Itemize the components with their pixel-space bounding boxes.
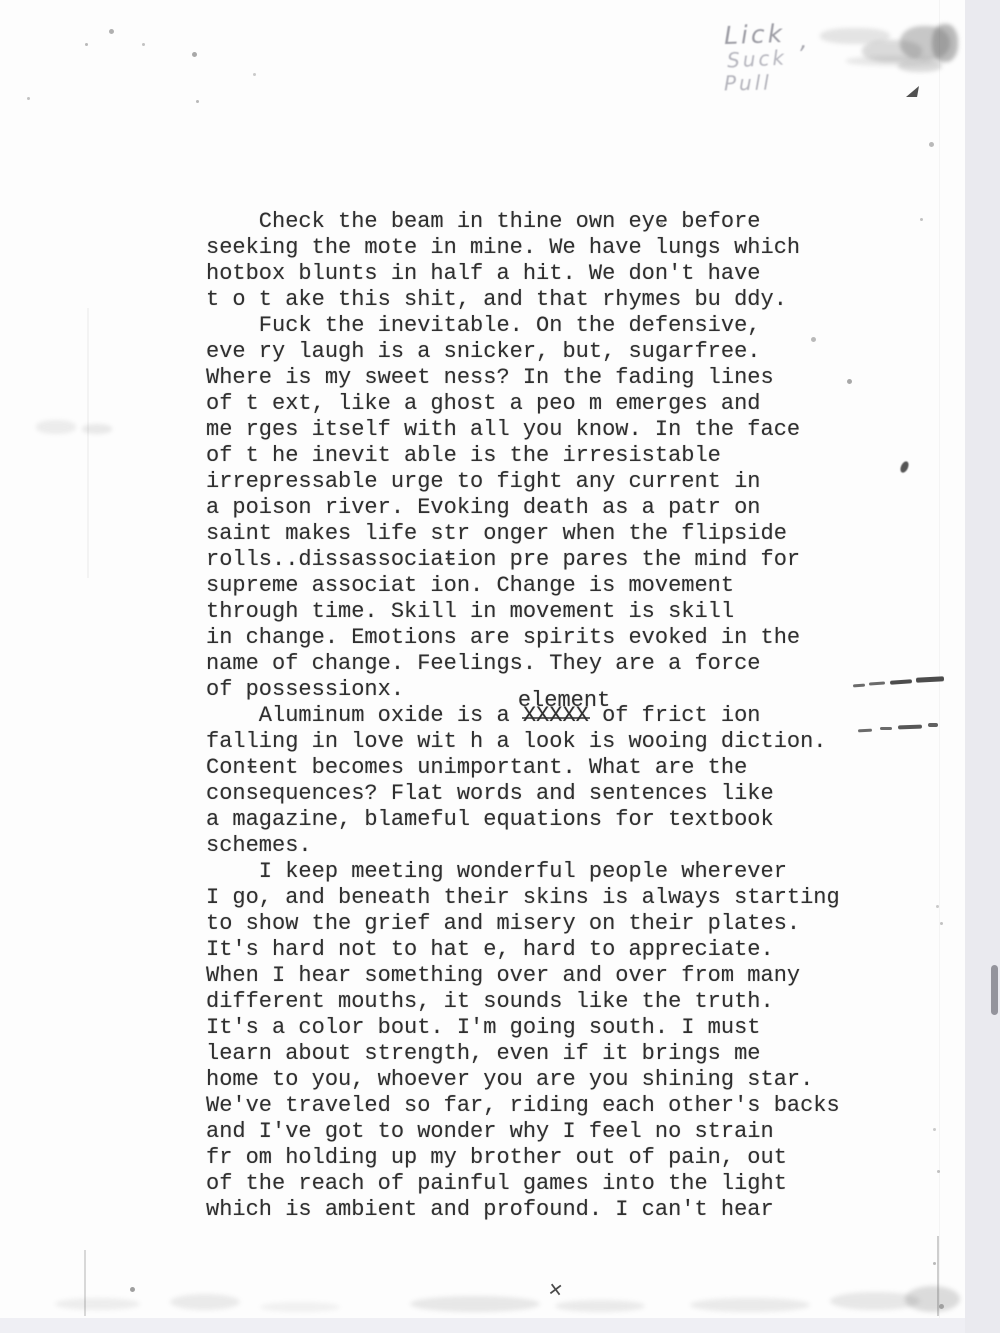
text-line: When I hear something over and over from… <box>206 963 840 989</box>
handwritten-word: Suck <box>726 45 787 72</box>
text-line: me rges itself with all you know. In the… <box>206 417 840 443</box>
scan-dash-mark <box>880 727 892 730</box>
text-line: Check the beam in thine own eye before <box>206 209 840 235</box>
text-line: falling in love wit h a look is wooing d… <box>206 729 840 755</box>
ink-blot <box>899 460 910 474</box>
text-line: I go, and beneath their skins is always … <box>206 885 840 911</box>
text-line: of t ext, like a ghost a peo m emerges a… <box>206 391 840 417</box>
scan-smudge <box>36 420 76 434</box>
scrollbar-track[interactable] <box>965 0 1000 1333</box>
scan-speck-dots <box>0 0 3 3</box>
scan-smudge <box>932 24 958 62</box>
text-line: eve ry laugh is a snicker, but, sugarfre… <box>206 339 840 365</box>
text-line: supreme associat ion. Change is movement <box>206 573 840 599</box>
text-line: rolls..dissassociaŧion pre pares the min… <box>206 547 840 573</box>
correction-prefix: Aluminum oxide is a <box>206 703 523 728</box>
text-line: hotbox blunts in half a hit. We don't ha… <box>206 261 840 287</box>
typewritten-text: Check the beam in thine own eye before s… <box>206 209 840 1223</box>
fold-line <box>937 1236 939 1316</box>
text-line: saint makes life str onger when the flip… <box>206 521 840 547</box>
scan-dash-mark <box>890 679 912 685</box>
text-line: through time. Skill in movement is skill <box>206 599 840 625</box>
scan-dash-mark <box>928 723 938 727</box>
text-line: irrepressable urge to fight any current … <box>206 469 840 495</box>
handwritten-word: Pull <box>724 71 772 96</box>
page-bottom-gap <box>0 1318 965 1333</box>
text-line: schemes. <box>206 833 840 859</box>
bottom-edge-noise <box>410 1296 540 1312</box>
text-line: of t he inevit able is the irresistable <box>206 443 840 469</box>
scan-dash-mark <box>916 676 944 682</box>
text-line: t o t ake this shit, and that rhymes bu … <box>206 287 840 313</box>
text-line: Conŧent becomes unimportant. What are th… <box>206 755 840 781</box>
text-line: to show the grief and misery on their pl… <box>206 911 840 937</box>
text-line: which is ambient and profound. I can't h… <box>206 1197 840 1223</box>
scan-smudge <box>820 28 890 44</box>
text-line: I keep meeting wonderful people wherever <box>206 859 840 885</box>
text-line: different mouths, it sounds like the tru… <box>206 989 840 1015</box>
scan-smudge <box>862 40 922 62</box>
typed-correction: XXXXXelement <box>523 703 589 729</box>
bottom-edge-noise <box>690 1298 810 1312</box>
scan-smudge <box>898 60 942 72</box>
bottom-edge-noise <box>260 1302 340 1312</box>
fold-line <box>87 308 89 578</box>
scan-dash-mark <box>858 729 872 733</box>
text-line: We've traveled so far, riding each other… <box>206 1093 840 1119</box>
scan-dash-mark <box>869 681 885 685</box>
text-line: seeking the mote in mine. We have lungs … <box>206 235 840 261</box>
text-line: and I've got to wonder why I feel no str… <box>206 1119 840 1145</box>
handwritten-comma: , <box>800 26 811 54</box>
scrollbar-thumb[interactable] <box>991 965 998 1015</box>
text-line-with-correction: Aluminum oxide is a XXXXXelement of fric… <box>206 703 840 729</box>
text-line: a poison river. Evoking death as a patr … <box>206 495 840 521</box>
text-line: of the reach of painful games into the l… <box>206 1171 840 1197</box>
fold-line <box>84 1250 86 1316</box>
text-line: Fuck the inevitable. On the defensive, <box>206 313 840 339</box>
bottom-edge-noise <box>905 1286 960 1312</box>
text-line: consequences? Flat words and sentences l… <box>206 781 840 807</box>
bottom-edge-noise <box>830 1292 920 1310</box>
text-line: a magazine, blameful equations for textb… <box>206 807 840 833</box>
text-line: Where is my sweet ness? In the fading li… <box>206 365 840 391</box>
bottom-edge-noise <box>55 1298 140 1310</box>
text-line: learn about strength, even if it brings … <box>206 1041 840 1067</box>
text-line: home to you, whoever you are you shining… <box>206 1067 840 1093</box>
ink-blot <box>906 86 919 97</box>
scan-smudge <box>900 26 950 60</box>
text-line: fr om holding up my brother out of pain,… <box>206 1145 840 1171</box>
stray-x-mark: ✕ <box>547 1279 565 1302</box>
text-line: name of change. Feelings. They are a for… <box>206 651 840 677</box>
text-line: It's hard not to hat e, hard to apprecia… <box>206 937 840 963</box>
scan-smudge <box>846 56 942 66</box>
scan-smudge <box>82 424 112 434</box>
text-line: in change. Emotions are spirits evoked i… <box>206 625 840 651</box>
document-viewer: Check the beam in thine own eye before s… <box>0 0 1000 1333</box>
inserted-word-above: element <box>518 688 610 714</box>
scan-dash-mark <box>898 725 922 730</box>
text-line: It's a color bout. I'm going south. I mu… <box>206 1015 840 1041</box>
bottom-edge-noise <box>170 1294 240 1310</box>
bottom-edge-noise <box>555 1300 645 1312</box>
fold-line <box>939 0 940 1333</box>
scan-dash-mark <box>853 684 865 688</box>
correction-suffix: of frict ion <box>589 703 761 728</box>
